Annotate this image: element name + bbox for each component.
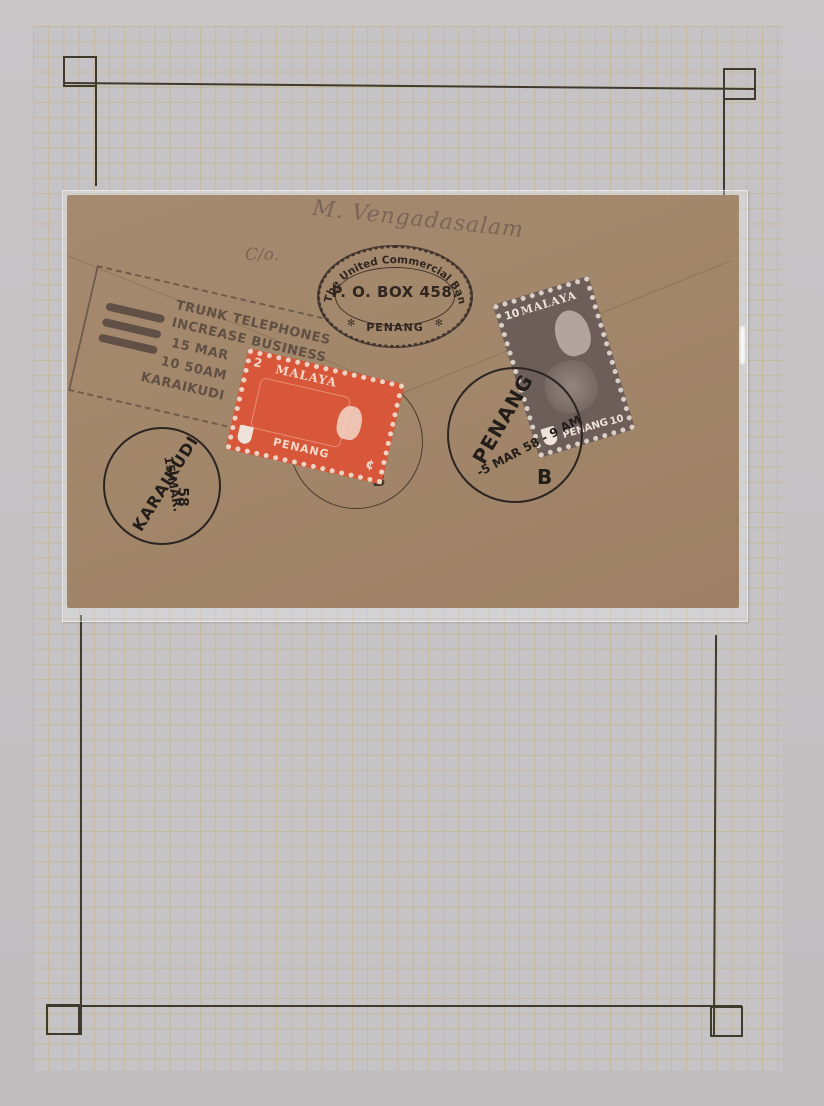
cachet-po-box: P. O. BOX 458.	[317, 283, 473, 301]
corner-box-bottom-right	[710, 1006, 743, 1037]
envelope-cover: M. Vengadasalam C/o. TRUNK TELEPHONES IN…	[67, 195, 739, 608]
stamp-value-corner: ¢	[364, 457, 376, 474]
stamp-vignette	[250, 377, 351, 448]
postmark-code: B	[537, 465, 552, 489]
stamp-malaya-penang-2c: 2 MALAYA PENANG ¢	[225, 348, 404, 484]
cachet-city: PENANG	[317, 321, 473, 334]
queen-portrait	[549, 306, 595, 360]
star-ornament-icon: ✻	[435, 318, 443, 329]
handwritten-care-of: C/o.	[245, 245, 279, 265]
corner-box-bottom-left	[46, 1004, 80, 1035]
postmark-karaikudi: KARAIKUDI 15 MAR. 58	[103, 427, 221, 545]
handwritten-name: M. Vengadasalam	[311, 196, 525, 243]
penang-arms-icon	[236, 424, 254, 445]
frame-bottom-line	[46, 1005, 742, 1007]
stamp-value: 2	[252, 355, 263, 371]
stamp-value: 10	[503, 306, 521, 323]
mount-glare	[740, 326, 745, 364]
postmark-penang: PENANG -5 MAR 58 - 9 AM B	[447, 367, 583, 503]
corner-box-top-left	[63, 56, 97, 87]
bank-oval-cachet: The United Commercial Bank Ltd. P. O. BO…	[317, 245, 473, 348]
frame-left-lower-line	[80, 615, 82, 1035]
postmark-year: 58	[175, 487, 191, 506]
corner-box-top-right	[723, 68, 756, 100]
stamp-value-corner: 10	[609, 413, 626, 428]
